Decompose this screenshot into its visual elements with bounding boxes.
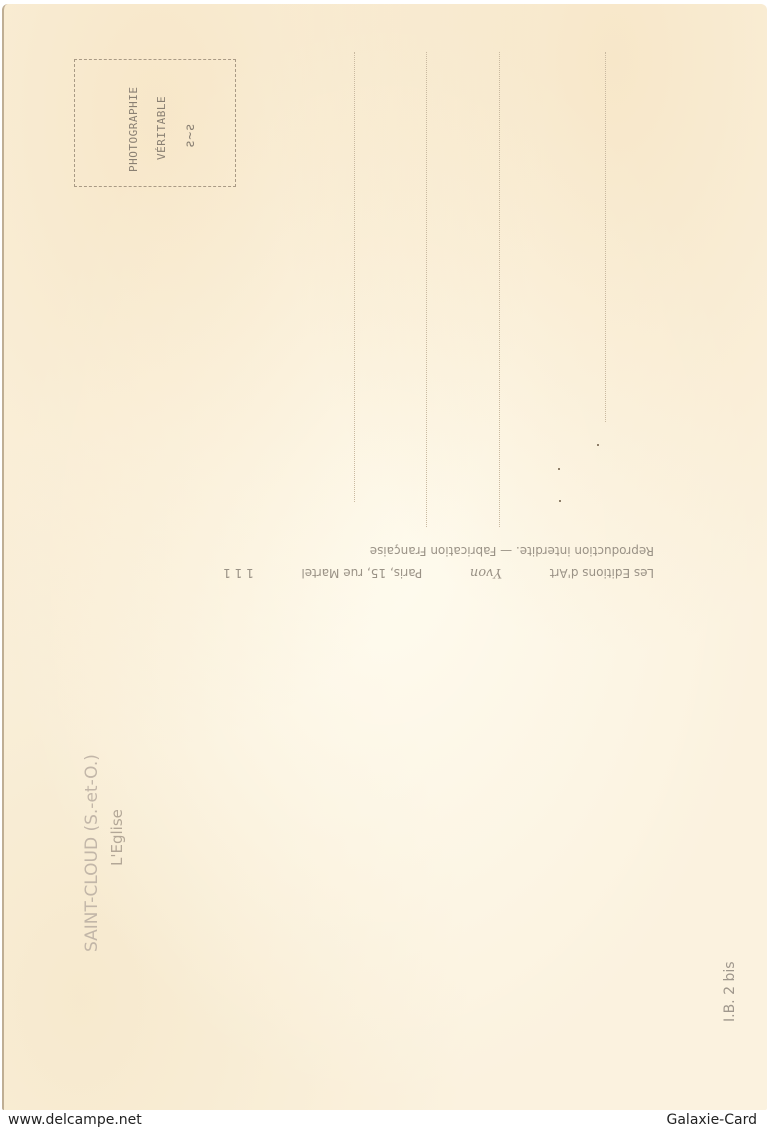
publisher-line-2: Reproduction interdite. — Fabrication Fr… <box>370 544 654 558</box>
address-divider-2 <box>426 52 427 527</box>
publisher-address: Paris, 15, rue Martel <box>301 566 422 580</box>
stamp-mark-icon: ƨ~ƨ <box>183 123 198 148</box>
address-divider-1 <box>354 52 355 502</box>
seller-name: Galaxie-Card <box>667 1112 758 1128</box>
stamp-label-photographie: PHOTOGRAPHIE <box>127 87 140 172</box>
postcard-back: PHOTOGRAPHIE VÉRITABLE ƨ~ƨ Les Editions … <box>2 4 767 1110</box>
address-divider-4 <box>605 52 606 422</box>
address-divider-3 <box>499 52 500 527</box>
publisher-logo: Yvon <box>470 565 502 580</box>
publisher-imprint: Les Editions d'Art Yvon Paris, 15, rue M… <box>154 534 664 584</box>
reference-number: I.B. 2 bis <box>722 961 738 1022</box>
publisher-line-1: Les Editions d'Art Yvon Paris, 15, rue M… <box>223 565 654 580</box>
stamp-box: PHOTOGRAPHIE VÉRITABLE ƨ~ƨ <box>74 59 236 187</box>
site-link[interactable]: www.delcampe.net <box>8 1112 142 1128</box>
paper-speck <box>597 444 599 446</box>
caption-title: SAINT-CLOUD (S.-et-O.) <box>82 754 102 952</box>
publisher-code: 1 1 1 <box>223 566 254 580</box>
stamp-label-veritable: VÉRITABLE <box>155 96 168 160</box>
paper-speck <box>559 500 561 502</box>
paper-speck <box>558 468 560 470</box>
publisher-name: Les Editions d'Art <box>550 566 654 580</box>
watermark-footer: www.delcampe.net Galaxie-Card <box>0 1111 767 1131</box>
caption-subtitle: L'Eglise <box>108 809 126 866</box>
